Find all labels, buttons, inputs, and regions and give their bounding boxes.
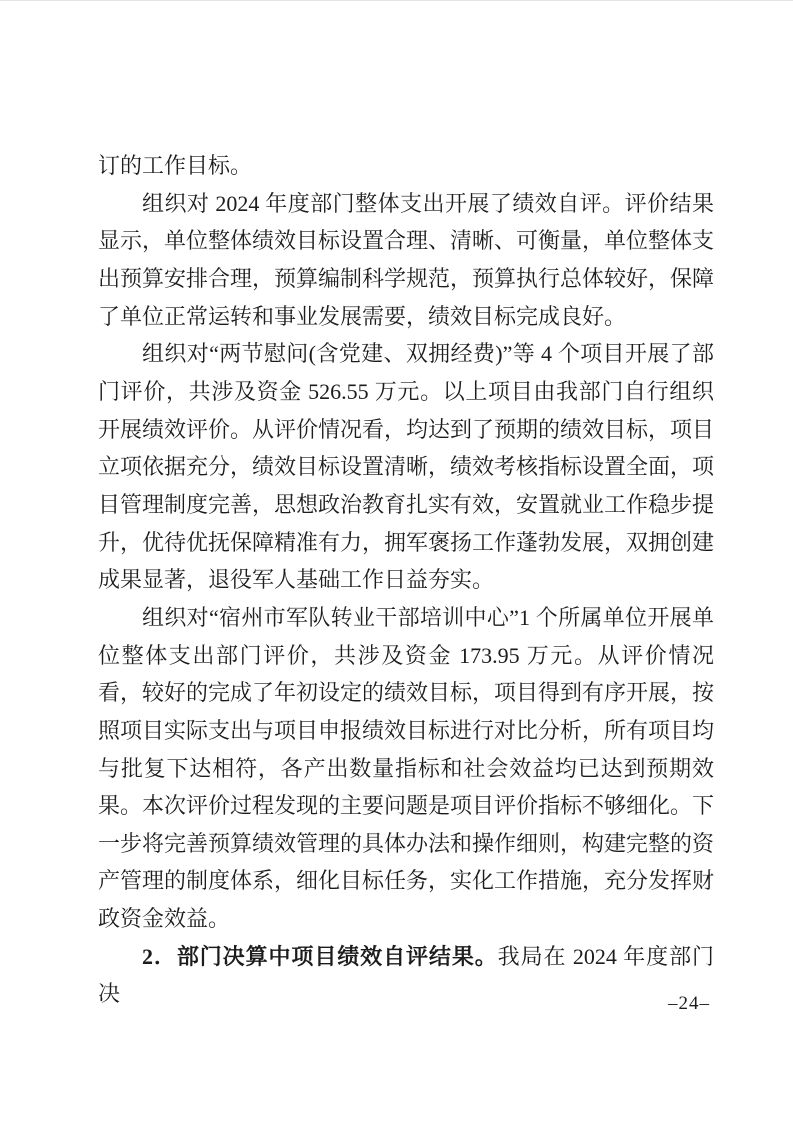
page-top-edge xyxy=(0,0,793,1)
paragraph-overall-expenditure-self-eval: 组织对 2024 年度部门整体支出开展了绩效自评。评价结果显示，单位整体绩效目标… xyxy=(98,185,714,336)
paragraph-section-2: 2．部门决算中项目绩效自评结果。我局在 2024 年度部门决 xyxy=(98,938,714,1013)
paragraph-subordinate-unit-eval: 组织对“宿州市军队转业干部培训中心”1 个所属单位开展单位整体支出部门评价，共涉… xyxy=(98,599,714,938)
paragraph-four-projects-dept-eval: 组织对“两节慰问(含党建、双拥经费)”等 4 个项目开展了部门评价，共涉及资金 … xyxy=(98,335,714,599)
section-2-heading: 2．部门决算中项目绩效自评结果。 xyxy=(142,944,498,969)
page-number: –24– xyxy=(668,993,710,1015)
document-page: 订的工作目标。 组织对 2024 年度部门整体支出开展了绩效自评。评价结果显示，… xyxy=(0,0,793,1122)
paragraph-continuation: 订的工作目标。 xyxy=(98,147,714,185)
document-body: 订的工作目标。 组织对 2024 年度部门整体支出开展了绩效自评。评价结果显示，… xyxy=(98,147,714,1013)
